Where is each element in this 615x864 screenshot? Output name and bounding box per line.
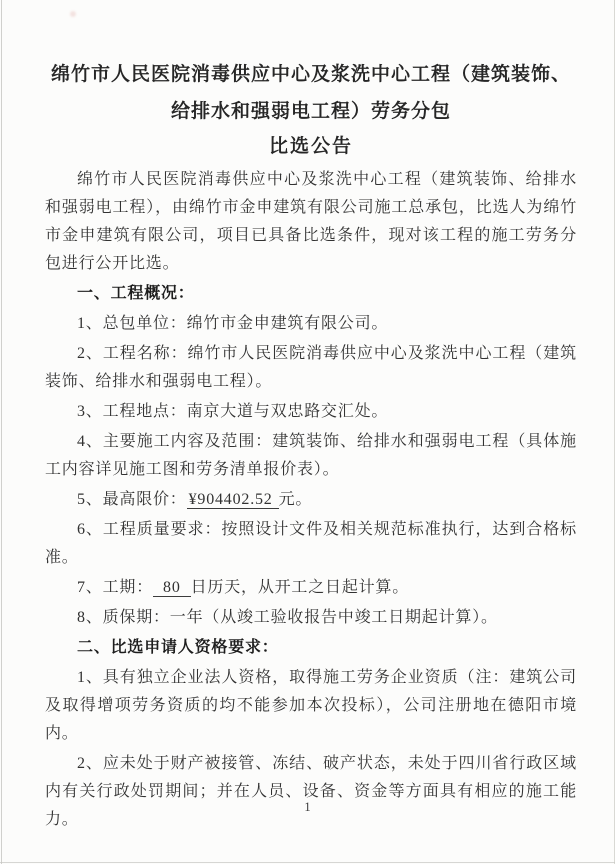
document-page: 绵竹市人民医院消毒供应中心及浆洗中心工程（建筑装饰、 给排水和强弱电工程）劳务分… (45, 56, 577, 836)
item-project-name: 2、工程名称：绵竹市人民医院消毒供应中心及浆洗中心工程（建筑装饰、给排水和强弱电… (45, 340, 577, 396)
scan-edge-left (1, 0, 2, 864)
intro-paragraph: 绵竹市人民医院消毒供应中心及浆洗中心工程（建筑装饰、给排水和强弱电工程），由绵竹… (45, 166, 577, 278)
item-duration-suffix: 日历天，从开工之日起计算。 (191, 579, 409, 596)
item-duration: 7、工期：80日历天，从开工之日起计算。 (45, 574, 577, 602)
item-max-price-value: ¥904402.52 (187, 491, 279, 509)
scan-edge-bottom (0, 862, 615, 863)
item-max-price-suffix: 元。 (279, 491, 313, 508)
scan-artifact-speck (70, 11, 76, 17)
document-title-line-1: 绵竹市人民医院消毒供应中心及浆洗中心工程（建筑装饰、 (45, 56, 577, 93)
qualification-item-2: 2、应未处于财产被接管、冻结、破产状态，未处于四川省行政区域内有关行政处罚期间；… (45, 750, 577, 834)
item-general-contractor: 1、总包单位：绵竹市金申建筑有限公司。 (45, 310, 577, 338)
item-project-location: 3、工程地点：南京大道与双忠路交汇处。 (45, 398, 577, 426)
item-construction-scope: 4、主要施工内容及范围：建筑装饰、给排水和强弱电工程（具体施工内容详见施工图和劳… (45, 428, 577, 484)
document-title-line-2: 给排水和强弱电工程）劳务分包 (45, 93, 577, 130)
document-subtitle: 比选公告 (45, 132, 577, 162)
item-duration-label: 7、工期： (77, 579, 153, 596)
item-duration-value: 80 (153, 579, 191, 597)
item-warranty-period: 8、质保期：一年（从竣工验收报告中竣工日期起计算）。 (45, 604, 577, 632)
item-quality-requirement: 6、工程质量要求：按照设计文件及相关规范标准执行，达到合格标准。 (45, 516, 577, 572)
page-number: 1 (0, 800, 615, 815)
item-max-price: 5、最高限价：¥904402.52元。 (45, 486, 577, 514)
section2-heading: 二、比选申请人资格要求： (45, 634, 577, 662)
qualification-item-1: 1、具有独立企业法人资格，取得施工劳务企业资质（注：建筑公司及取得增项劳务资质的… (45, 664, 577, 748)
item-max-price-label: 5、最高限价： (77, 491, 187, 508)
section1-heading: 一、工程概况： (45, 280, 577, 308)
